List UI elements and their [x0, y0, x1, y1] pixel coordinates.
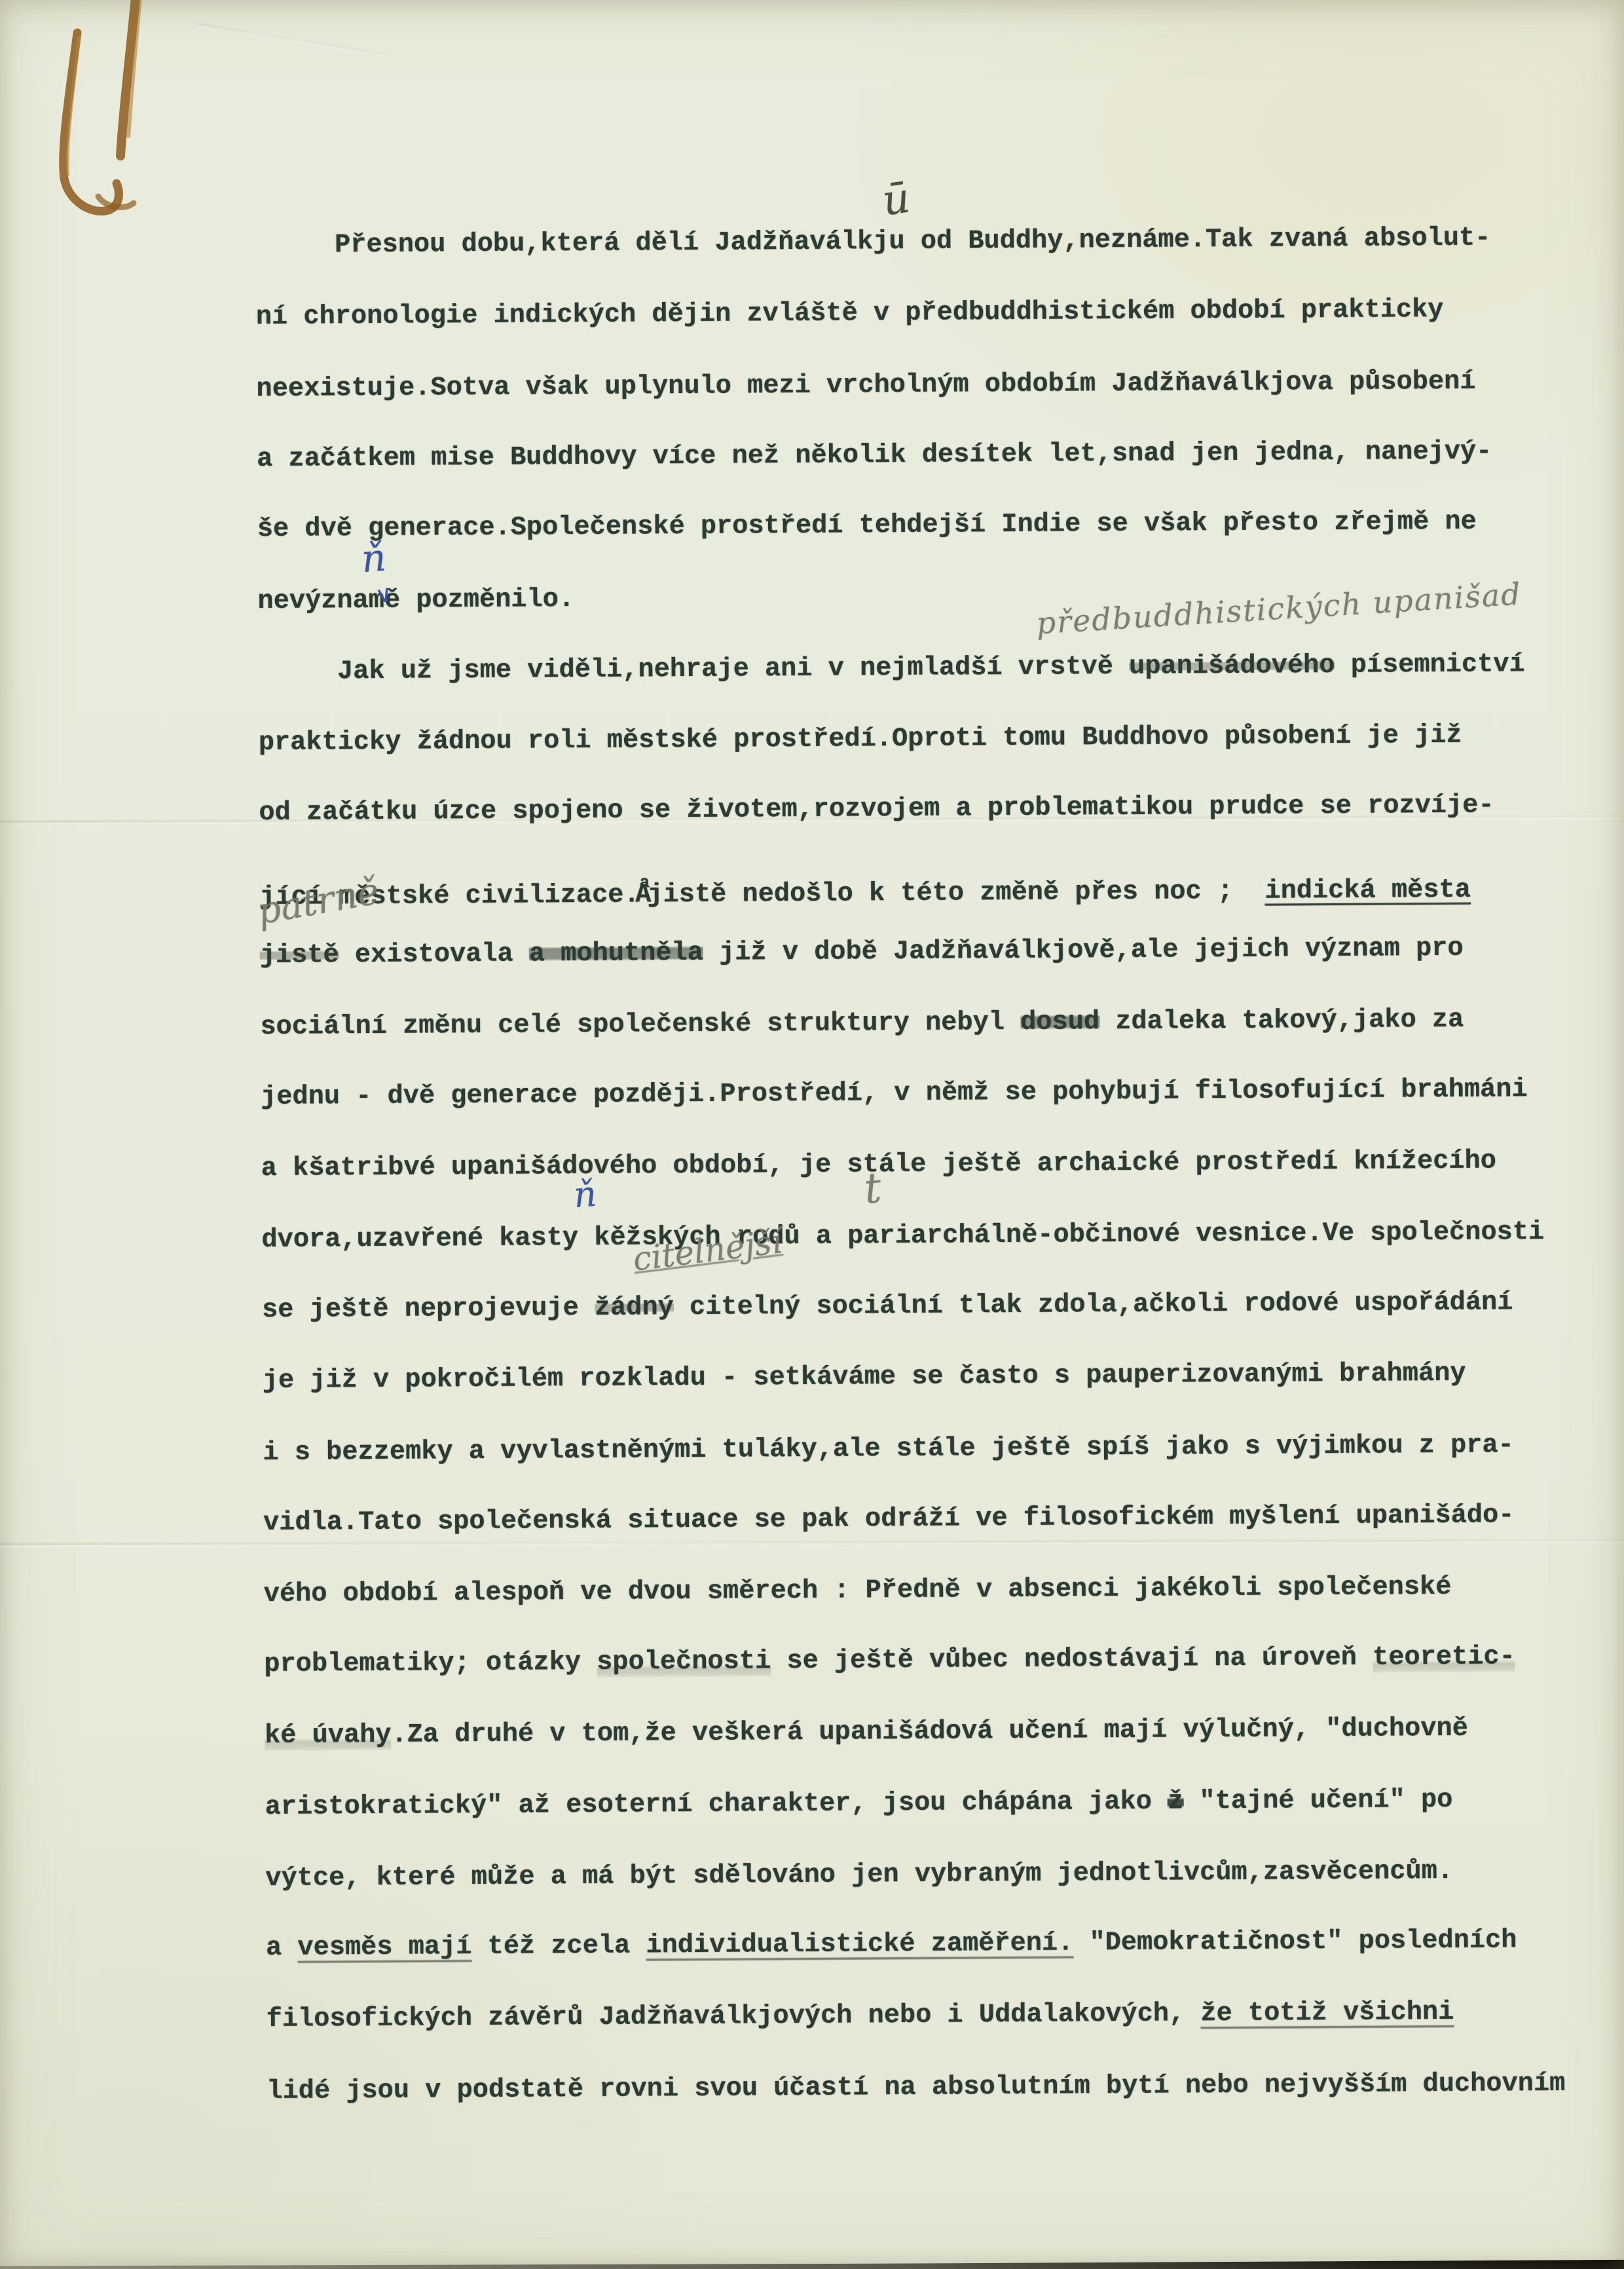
typed-line: nevýznamě pozměnilo. — [257, 578, 1594, 657]
typed-line: Přesnou dobu,která dělí Jadžňaválkju od … — [255, 222, 1592, 301]
typed-line: ké úvahy.Za druhé v tom,že veškerá upani… — [265, 1712, 1601, 1791]
typed-segment: jednu - dvě generace později.Prostředí, … — [261, 1074, 1528, 1112]
typed-segment: ž — [1168, 1786, 1183, 1816]
typed-line: filosofických závěrů Jadžňaválkjových ne… — [267, 1996, 1603, 2075]
typed-segment: jistě nedošlo k této změně přes noc ; — [647, 876, 1264, 910]
typed-segment: še dvě generace.Společenské prostředí te… — [257, 507, 1477, 544]
typed-line: je již v pokročilém rozkladu - setkáváme… — [263, 1357, 1599, 1436]
typed-segment: jistě — [260, 940, 339, 971]
typed-line: vidla.Tato společenská situace se pak od… — [263, 1499, 1600, 1579]
pencil-u-macron-mark: ū — [879, 174, 913, 225]
typed-line: a kšatribvé upanišádového období, je stá… — [261, 1144, 1598, 1224]
typed-line: a začátkem mise Buddhovy více než několi… — [257, 435, 1593, 514]
typed-line: lidé jsou v podstatě rovni svou účastí n… — [267, 2067, 1603, 2147]
typed-segment: sociální změnu celé společenské struktur… — [260, 1007, 1020, 1042]
typed-segment: vesměs mají — [297, 1932, 471, 1963]
typed-segment: od začátku úzce spojeno se životem,rozvo… — [259, 791, 1494, 829]
typed-segment: teoretic- — [1373, 1641, 1515, 1672]
typed-segment: již v době Jadžňaválkjově,ale jejich výz… — [703, 933, 1464, 968]
typed-line: se ještě neprojevuje žádný citelný sociá… — [262, 1286, 1598, 1366]
typed-segment: a mohutněla — [529, 938, 703, 969]
typed-segment: i s bezzemky a vyvlastněnými tuláky,ale … — [263, 1430, 1514, 1468]
typed-segment: výtce, které může a má být sdělováno jen… — [265, 1856, 1453, 1894]
typed-segment: a kšatribvé upanišádového období, je stá… — [261, 1146, 1496, 1184]
typed-segment: citelný sociální tlak zdola,ačkoli rodov… — [674, 1288, 1513, 1323]
typed-line: jící městské civilizace.aAjistě nedošlo … — [259, 861, 1596, 940]
scan-bottom-edge-shadow — [0, 2259, 1624, 2269]
paper-crease-top — [198, 23, 392, 56]
typed-segment: neexistuje.Sotva však uplynulo mezi vrch… — [256, 366, 1475, 403]
typed-segment: též zcela — [471, 1931, 646, 1962]
typed-line: ní chronologie indických dějin zvláště v… — [256, 293, 1593, 373]
typed-line: jednu - dvě generace později.Prostředí, … — [261, 1073, 1597, 1152]
typed-line: výtce, které může a má být sdělováno jen… — [265, 1854, 1602, 1934]
typed-text-block: Přesnou dobu,která dělí Jadžňaválkju od … — [255, 223, 1603, 2146]
typed-segment: problematiky; otázky — [264, 1647, 597, 1679]
typed-segment: žádný — [595, 1293, 674, 1324]
typed-segment: vého období alespoň ve dvou směrech : Př… — [264, 1572, 1452, 1609]
typed-line: od začátku úzce spojeno se životem,rozvo… — [259, 789, 1595, 869]
typed-segment: a — [266, 1933, 298, 1963]
typed-segment: .Za druhé v tom,že veškerá upanišádová u… — [391, 1714, 1468, 1750]
typed-line: neexistuje.Sotva však uplynulo mezi vrch… — [256, 365, 1593, 444]
typed-segment: aristokratický" až esoterní charakter, j… — [265, 1786, 1168, 1822]
typed-segment: se ještě neprojevuje — [262, 1293, 595, 1325]
typed-segment: upanišádového — [1129, 650, 1335, 682]
typed-segment: dosud — [1020, 1007, 1099, 1038]
typed-segment: písemnictví — [1335, 649, 1524, 681]
typed-segment: Přesnou dobu,která dělí Jadžňaválkju od … — [255, 223, 1490, 261]
typed-line: problematiky; otázky společnosti se ješt… — [264, 1640, 1600, 1719]
typed-line: dvora,uzavřené kasty kěžských rodů a par… — [261, 1216, 1598, 1296]
typed-line: vého období alespoň ve dvou směrech : Př… — [264, 1570, 1600, 1649]
scanned-typewritten-page: Přesnou dobu,která dělí Jadžňaválkju od … — [0, 0, 1624, 2269]
typed-segment: ké úvahy — [265, 1720, 392, 1751]
typed-line: a vesměs mají též zcela individualistick… — [266, 1924, 1602, 2004]
typed-segment: prakticky žádnou roli městské prostředí.… — [259, 721, 1462, 758]
typed-line: aristokratický" až esoterní charakter, j… — [265, 1783, 1602, 1862]
typed-segment: individualistické zaměření. — [646, 1928, 1073, 1961]
typed-segment: je již v pokročilém rozkladu - setkáváme… — [263, 1358, 1466, 1395]
typed-line: sociální změnu celé společenské struktur… — [260, 1003, 1596, 1083]
typed-segment: jící městské civilizace. — [259, 880, 640, 912]
typed-segment: společnosti — [597, 1646, 771, 1678]
typed-segment: dvora,uzavřené kasty kěžských rodů a par… — [261, 1217, 1544, 1255]
typed-segment: existovala — [339, 939, 529, 970]
typed-segment: ní chronologie indických dějin zvláště v… — [256, 295, 1444, 332]
typed-segment: že totiž všichni — [1200, 1997, 1454, 2029]
typed-line: jistě existovala a mohutněla již v době … — [260, 931, 1596, 1011]
typed-line: še dvě generace.Společenské prostředí te… — [257, 506, 1594, 585]
typed-segment: indická města — [1264, 874, 1471, 906]
typed-line: i s bezzemky a vyvlastněnými tuláky,ale … — [263, 1429, 1599, 1509]
typed-line: prakticky žádnou roli městské prostředí.… — [259, 719, 1595, 798]
typed-segment: "Demokratičnost" posledních — [1073, 1925, 1517, 1958]
typed-segment: nevýznamě pozměnilo. — [257, 585, 574, 617]
typed-segment: "tajné učení" po — [1183, 1784, 1452, 1816]
typed-segment: lidé jsou v podstatě rovni svou účastí n… — [267, 2069, 1565, 2107]
rust-stain — [0, 0, 223, 249]
typed-line: Jak už jsme viděli,nehraje ani v nejmlad… — [258, 648, 1595, 727]
typed-segment: filosofických závěrů Jadžňaválkjových ne… — [267, 1999, 1201, 2035]
typed-segment: Jak už jsme viděli,nehraje ani v nejmlad… — [258, 652, 1129, 687]
typed-segment: zdaleka takový,jako za — [1099, 1005, 1464, 1037]
typed-segment: se ještě vůbec nedostávají na úroveň — [771, 1643, 1373, 1677]
